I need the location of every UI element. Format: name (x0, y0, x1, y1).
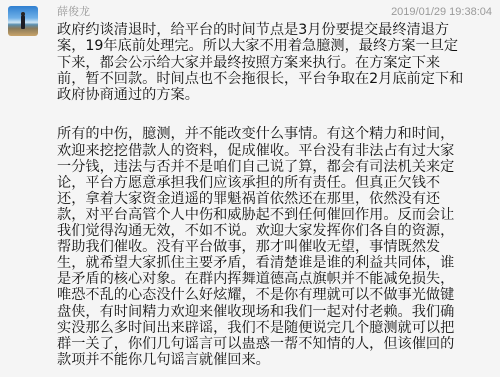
chat-message: 薛俊龙 2019/01/29 19:38:04 政府约谈清退时，给平台的时间节点… (0, 0, 500, 377)
text-line: 生，就希望大家抓住主要矛盾，看清楚谁是谁的利益共同体，谁 (57, 255, 497, 271)
text-line: 案，19年底前处理完。所以大家不用着急臆测，最终方案一旦定 (57, 38, 497, 54)
paragraph-gap (57, 103, 497, 126)
sender-name[interactable]: 薛俊龙 (57, 5, 90, 19)
text-line: 还，拿着大家资金逍遥的罪魁祸首依然还在那里，依然没有还 (57, 191, 497, 207)
avatar-figure-body (21, 15, 25, 29)
text-line: 前，暂不回款。时间点也不会拖很长，平台争取在2月底前定下和 (57, 71, 497, 87)
text-line: 政府约谈清退时，给平台的时间节点是3月份要提交最终清退方 (57, 22, 497, 38)
message-paragraph-2: 所有的中伤，臆测，并不能改变什么事情。有这个精力和时间， 欢迎来挖挖借款人的资料… (57, 126, 497, 367)
text-line: 群一关了，你们几句谣言可以蛊惑一帮不知情的人，但该催回的 (57, 336, 497, 352)
text-line: 盘侠，有时间精力欢迎来催收现场和我们一起对付老赖。我们确 (57, 304, 497, 320)
text-line: 政府协商通过的方案。 (57, 87, 497, 103)
text-line: 唯恐不乱的心态没什么好炫耀，不是你有理就可以不做事光做键 (57, 287, 497, 303)
text-line: 论，平台方愿意承担我们应该承担的所有责任。但真正欠钱不 (57, 175, 497, 191)
message-paragraph-1: 政府约谈清退时，给平台的时间节点是3月份要提交最终清退方 案，19年底前处理完。… (57, 22, 497, 103)
text-line: 实没那么多时间出来辟谣，我们不是随便说完几个臆测就可以把 (57, 320, 497, 336)
text-line: 我们觉得沟通无效，不如不说。欢迎大家发挥你们各自的资源， (57, 223, 497, 239)
message-timestamp: 2019/01/29 19:38:04 (391, 5, 492, 19)
text-line: 款，对平台高管个人中伤和威胁起不到任何催回作用。反而会让 (57, 207, 497, 223)
text-line: 所有的中伤，臆测，并不能改变什么事情。有这个精力和时间， (57, 126, 497, 142)
avatar[interactable] (8, 6, 38, 36)
text-line: 一分钱，违法与否并不是咱们自己说了算，都会有司法机关来定 (57, 159, 497, 175)
text-line: 是矛盾的核心对象。在群内挥舞道德高点旗帜并不能减免损失， (57, 271, 497, 287)
text-line: 下来，都会公示给大家并最终按照方案来执行。在方案定下来 (57, 55, 497, 71)
message-body: 政府约谈清退时，给平台的时间节点是3月份要提交最终清退方 案，19年底前处理完。… (57, 22, 497, 368)
text-line: 欢迎来挖挖借款人的资料，促成催收。平台没有非法占有过大家 (57, 143, 497, 159)
text-line: 帮助我们催收。没有平台做事，那才叫催收无望，事情既然发 (57, 239, 497, 255)
text-line: 款项并不能你几句谣言就催回来。 (57, 352, 497, 368)
